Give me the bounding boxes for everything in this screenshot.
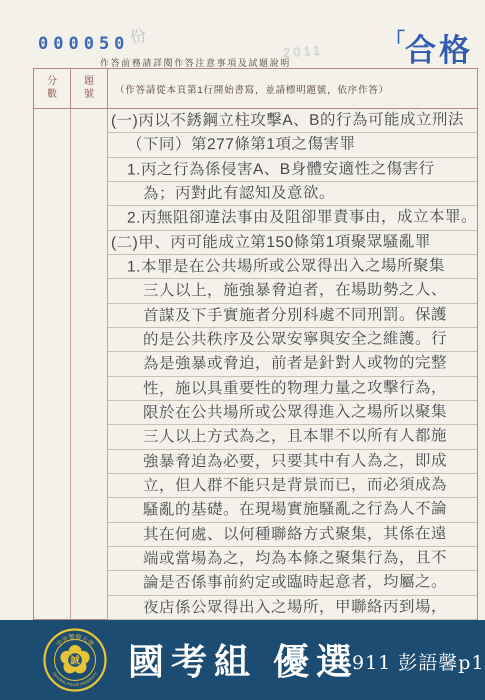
answer-line: 端或當場為之，均為本條之聚集行為，且不 — [108, 547, 477, 571]
answer-line: (一)丙以不銹鋼立柱攻擊A、B的行為可能成立刑法 — [108, 109, 477, 133]
answer-line-text: 1.丙之行為係侵害A、B身體安適性之傷害行 — [124, 157, 435, 181]
answer-line: 2.丙無阻卻違法事由及阻卻罪責事由，成立本罪。 — [108, 206, 477, 230]
answer-line: 三人以上，施強暴脅迫者，在場助勢之人、 — [108, 279, 477, 303]
stamp-label: 合格 — [405, 33, 473, 68]
answer-line-text: 論是否係事前約定或臨時起意者，均屬之。 — [140, 571, 447, 595]
answer-line: 的是公共秩序及公眾安寧與安全之維護。行 — [108, 328, 477, 352]
answer-line: 立，但人群不能只是背景而已，而必須成為 — [108, 474, 477, 498]
answer-line-text: 首謀及下手實施者分別科處不同刑罰。保護 — [140, 303, 447, 327]
footer-credit: 911 彭語馨p1 — [352, 648, 485, 675]
pass-stamp: 「合格 — [385, 24, 473, 70]
answer-line: 首謀及下手實施者分別科處不同刑罰。保護 — [108, 304, 477, 328]
answer-line-text: 為是強暴或脅迫，前者是針對人或物的完整 — [140, 352, 447, 376]
answer-line-text: 騷亂的基礎。在現場實施騷亂之行為人不論 — [140, 498, 447, 522]
answer-line: 限於在公共場所或公眾得進入之場所以聚集 — [108, 401, 477, 425]
faint-pencil-note: 2011 — [283, 43, 324, 61]
handwritten-answer-column: (一)丙以不銹鋼立柱攻擊A、B的行為可能成立刑法（下同）第277條第1項之傷害罪… — [108, 109, 477, 620]
answer-line: 1.本罪是在公共場所或公眾得出入之場所聚集 — [108, 255, 477, 279]
answer-line: 1.丙之行為係侵害A、B身體安適性之傷害行 — [108, 158, 477, 182]
answer-line-text: 其在何處、以何種聯絡方式聚集，其係在遠 — [140, 522, 447, 546]
answer-line: 論是否係事前約定或臨時起意者，均屬之。 — [108, 571, 477, 595]
answer-line-text: 三人以上，施強暴脅迫者，在場助勢之人、 — [140, 279, 447, 303]
exam-answer-sheet-scan: 000050 份 作答前務請詳閱作答注意事項及試題說明 2011 「合格 分數 … — [0, 0, 485, 700]
answer-line-text: 的是公共秩序及公眾安寧與安全之維護。行 — [140, 327, 447, 351]
question-number-header-label: 題號 — [83, 76, 95, 101]
pencil-annotation: 份 — [127, 22, 148, 48]
score-column — [34, 109, 71, 620]
central-police-university-logo: 中央警察大學 CENTRAL POLICE UNIVERSITY 誠 — [42, 627, 108, 693]
question-number-column-header: 題號 — [71, 69, 108, 108]
answer-line: 強暴脅迫為必要，只要其中有人為之，即成 — [108, 450, 477, 474]
answer-line-text: (一)丙以不銹鋼立柱攻擊A、B的行為可能成立刑法 — [108, 108, 464, 132]
answer-line-text: 夜店係公眾得出入之場所，甲聯絡丙到場， — [140, 595, 447, 619]
emblem-center-character: 誠 — [70, 655, 80, 667]
answer-line-text: 強暴脅迫為必要，只要其中有人為之，即成 — [140, 449, 447, 473]
answer-line-text: 三人以上方式為之，且本罪不以所有人都施 — [140, 425, 447, 449]
answer-line: 三人以上方式為之，且本罪不以所有人都施 — [108, 425, 477, 449]
question-number-column — [71, 109, 108, 620]
answer-line-text: (二)甲、丙可能成立第150條第1項聚眾騷亂罪 — [108, 230, 431, 254]
score-header-label: 分數 — [46, 76, 58, 101]
answer-line-text: 限於在公共場所或公眾得進入之場所以聚集 — [140, 400, 447, 424]
answer-line: 其在何處、以何種聯絡方式聚集，其係在遠 — [108, 523, 477, 547]
answer-grid-body: (一)丙以不銹鋼立柱攻擊A、B的行為可能成立刑法（下同）第277條第1項之傷害罪… — [34, 109, 477, 620]
answer-line: （下同）第277條第1項之傷害罪 — [108, 133, 477, 157]
answer-grid: 分數 題號 （作答請從本頁第1行開始書寫，並請標明題號，依序作答） (一)丙以不… — [33, 68, 478, 620]
page-serial-number: 000050 — [38, 34, 129, 54]
footer-banner: 中央警察大學 CENTRAL POLICE UNIVERSITY 誠 國考組 優… — [0, 620, 485, 700]
score-column-header: 分數 — [34, 69, 71, 108]
stamp-bracket: 「 — [385, 30, 405, 52]
answer-line: 夜店係公眾得出入之場所，甲聯絡丙到場， — [108, 596, 477, 620]
answer-line-text: 為；丙對此有認知及意欲。 — [140, 182, 335, 206]
answer-line: 騷亂的基礎。在現場實施騷亂之行為人不論 — [108, 498, 477, 522]
answer-line: (二)甲、丙可能成立第150條第1項聚眾騷亂罪 — [108, 231, 477, 255]
answer-grid-header: 分數 題號 （作答請從本頁第1行開始書寫，並請標明題號，依序作答） — [34, 69, 477, 109]
answer-line-text: 立，但人群不能只是背景而已，而必須成為 — [140, 473, 447, 497]
instruction-cell: （作答請從本頁第1行開始書寫，並請標明題號，依序作答） — [108, 69, 477, 108]
answer-line-text: 端或當場為之，均為本條之聚集行為，且不 — [140, 546, 447, 570]
answer-line: 性，施以具重要性的物理力量之攻擊行為， — [108, 377, 477, 401]
answer-line-text: 2.丙無阻卻違法事由及阻卻罪責事由，成立本罪。 — [124, 206, 477, 230]
answer-line-text: （下同）第277條第1項之傷害罪 — [124, 133, 356, 157]
answer-line: 為；丙對此有認知及意欲。 — [108, 182, 477, 206]
instruction-text: （作答請從本頁第1行開始書寫，並請標明題號，依序作答） — [108, 82, 389, 96]
answer-line-text: 性，施以具重要性的物理力量之攻擊行為， — [140, 376, 447, 400]
footer-title: 國考組 優選 — [128, 634, 359, 685]
answer-line: 為是強暴或脅迫，前者是針對人或物的完整 — [108, 352, 477, 376]
answer-line-text: 1.本罪是在公共場所或公眾得出入之場所聚集 — [124, 254, 445, 278]
